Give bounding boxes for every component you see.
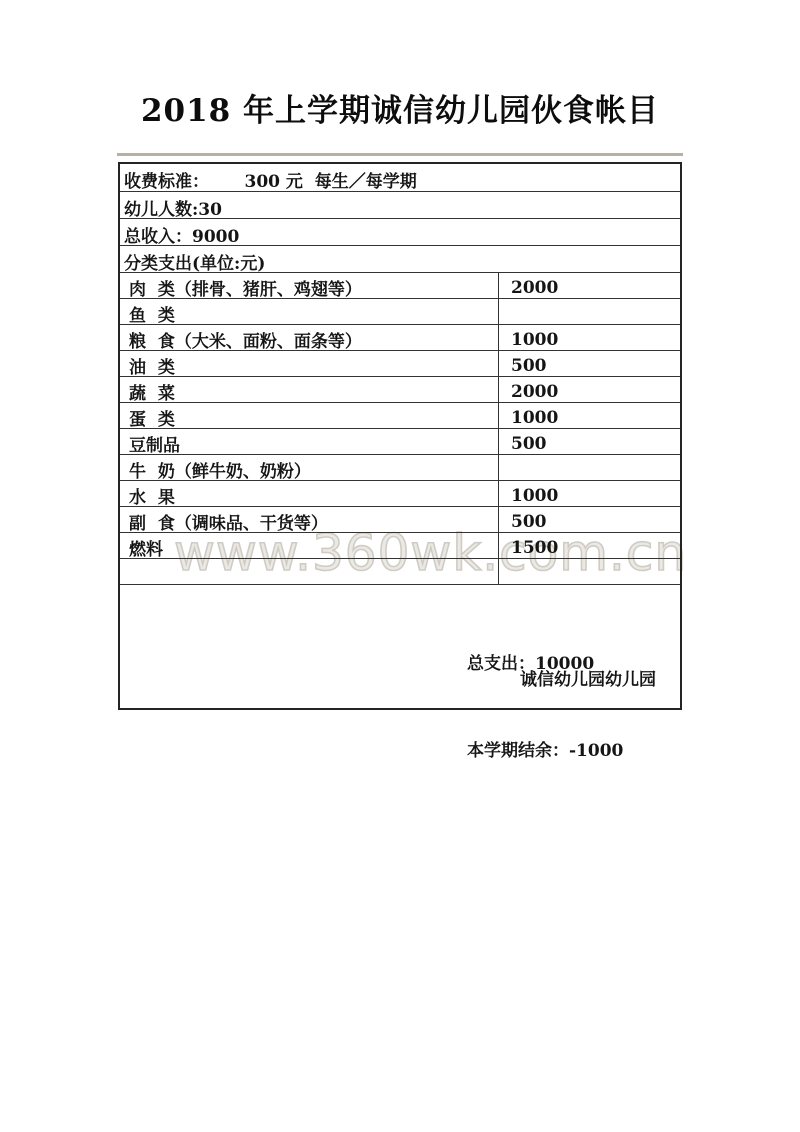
summary-section: 总支出：10000 本学期结余：-1000 诚信幼儿园幼儿园 xyxy=(120,584,680,708)
expense-label-cell: 油 类 xyxy=(120,351,499,376)
expense-label-cell: 蔬 菜 xyxy=(120,377,499,402)
table-row: 肉 类（排骨、猪肝、鸡翅等） 2000 xyxy=(120,272,680,298)
summary-lines: 总支出：10000 本学期结余：-1000 xyxy=(467,592,623,824)
expense-value-cell xyxy=(499,559,680,584)
expense-label-cell: 肉 类（排骨、猪肝、鸡翅等） xyxy=(120,273,499,298)
fee-standard-row: 收费标准： 300 元 每生／每学期 xyxy=(120,164,680,191)
table-row: 水 果 1000 xyxy=(120,480,680,506)
signature-line: 诚信幼儿园幼儿园 xyxy=(520,665,656,690)
expense-label-cell: 蛋 类 xyxy=(120,403,499,428)
expense-value-cell: 1000 xyxy=(499,325,680,350)
expense-label-cell: 牛 奶（鲜牛奶、奶粉） xyxy=(120,455,499,480)
expense-value-cell: 500 xyxy=(499,507,680,532)
expense-value-cell: 1000 xyxy=(499,403,680,428)
semester-balance-line: 本学期结余：-1000 xyxy=(467,737,623,766)
expense-label-cell xyxy=(120,559,499,584)
expense-value-cell: 500 xyxy=(499,429,680,454)
table-row: 副 食（调味品、干货等） 500 xyxy=(120,506,680,532)
title-divider xyxy=(117,153,683,156)
expense-value-cell: 2000 xyxy=(499,273,680,298)
children-count-row: 幼儿人数:30 xyxy=(120,191,680,218)
table-row: 燃料 1500 xyxy=(120,532,680,558)
account-table: 收费标准： 300 元 每生／每学期 幼儿人数:30 总收入：9000 分类支出… xyxy=(118,162,682,710)
expense-label-cell: 粮 食（大米、面粉、面条等） xyxy=(120,325,499,350)
table-row: 牛 奶（鲜牛奶、奶粉） xyxy=(120,454,680,480)
expense-value-cell: 2000 xyxy=(499,377,680,402)
expense-label-cell: 副 食（调味品、干货等） xyxy=(120,507,499,532)
table-row: 油 类 500 xyxy=(120,350,680,376)
expense-section-header-row: 分类支出(单位:元) xyxy=(120,245,680,272)
expense-label-cell: 鱼 类 xyxy=(120,299,499,324)
document-page: 2018 年上学期诚信幼儿园伙食帐目 收费标准： 300 元 每生／每学期 幼儿… xyxy=(0,0,800,1132)
expense-value-cell xyxy=(499,299,680,324)
expense-value-cell: 1500 xyxy=(499,533,680,558)
expense-label-cell: 水 果 xyxy=(120,481,499,506)
expense-value-cell: 500 xyxy=(499,351,680,376)
table-row: 蔬 菜 2000 xyxy=(120,376,680,402)
table-row-empty xyxy=(120,558,680,584)
expense-label-cell: 豆制品 xyxy=(120,429,499,454)
expense-value-cell: 1000 xyxy=(499,481,680,506)
table-row: 蛋 类 1000 xyxy=(120,402,680,428)
total-income-row: 总收入：9000 xyxy=(120,218,680,245)
table-row: 鱼 类 xyxy=(120,298,680,324)
table-row: 豆制品 500 xyxy=(120,428,680,454)
expense-label-cell: 燃料 xyxy=(120,533,499,558)
page-title: 2018 年上学期诚信幼儿园伙食帐目 xyxy=(0,0,800,132)
expense-value-cell xyxy=(499,455,680,480)
table-row: 粮 食（大米、面粉、面条等） 1000 xyxy=(120,324,680,350)
